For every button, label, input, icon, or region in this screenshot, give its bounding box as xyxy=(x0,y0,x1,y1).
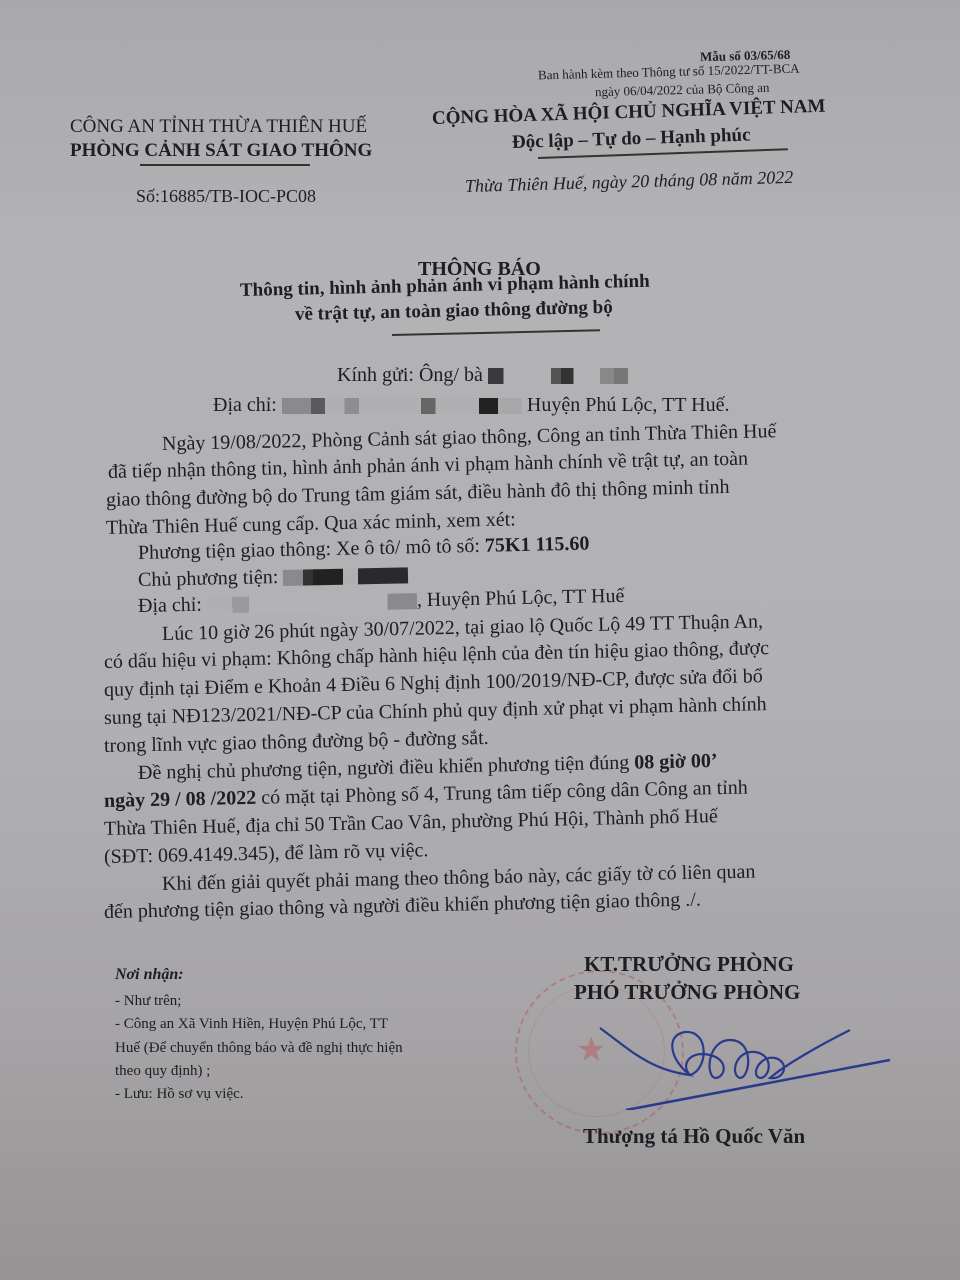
address-suffix: Huyện Phú Lộc, TT Huế. xyxy=(527,394,730,416)
owner-line: Chủ phương tiện: xyxy=(138,564,409,590)
redacted-name xyxy=(488,368,628,384)
recipient-item: Huế (Để chuyển thông báo và đề nghị thực… xyxy=(115,1040,403,1057)
body-line: Thừa Thiên Huế cung cấp. Qua xác minh, x… xyxy=(106,509,516,538)
violation-line: sung tại NĐ123/2021/NĐ-CP của Chính phủ … xyxy=(104,694,767,728)
addressee-address-line: Địa chỉ: Huyện Phú Lộc, TT Huế. xyxy=(213,394,729,417)
recipient-item: - Như trên; xyxy=(115,993,181,1010)
national-motto: Độc lập – Tự do – Hạnh phúc xyxy=(512,125,751,154)
request-text: Đề nghị chủ phương tiện, người điều khiể… xyxy=(138,752,635,784)
vehicle-line: Phương tiện giao thông: Xe ô tô/ mô tô s… xyxy=(138,534,590,563)
signature-title-2: PHÓ TRƯỞNG PHÒNG xyxy=(574,980,800,1005)
subtitle-underline xyxy=(392,329,600,335)
handwritten-signature xyxy=(590,1020,900,1110)
signer-name: Thượng tá Hồ Quốc Văn xyxy=(583,1124,805,1149)
redacted-owner-address xyxy=(207,594,417,614)
vehicle-label: Phương tiện giao thông: Xe ô tô/ mô tô s… xyxy=(138,535,485,564)
owner-address-label: Địa chỉ: xyxy=(138,594,202,617)
vehicle-plate: 75K1 115.60 xyxy=(485,533,590,557)
redacted-address xyxy=(282,398,522,414)
recipient-item: - Lưu: Hồ sơ vụ việc. xyxy=(115,1086,244,1103)
issuing-agency: CÔNG AN TỈNH THỪA THIÊN HUẾ xyxy=(70,116,367,138)
violation-line: trong lĩnh vực giao thông đường bộ - đườ… xyxy=(104,728,489,756)
addressee-line: Kính gửi: Ông/ bà xyxy=(337,364,628,387)
owner-address-line: Địa chỉ: , Huyện Phú Lộc, TT Huế xyxy=(138,586,625,616)
recipients-title: Nơi nhận: xyxy=(115,966,184,984)
address-label: Địa chỉ: xyxy=(213,394,277,416)
addressee-greeting: Kính gửi: Ông/ bà xyxy=(337,364,483,386)
place-date: Thừa Thiên Huế, ngày 20 tháng 08 năm 202… xyxy=(465,167,794,197)
request-line: Thừa Thiên Huế, địa chỉ 50 Trần Cao Vân,… xyxy=(104,806,718,839)
request-line: (SĐT: 069.4149.345), để làm rõ vụ việc. xyxy=(104,840,429,867)
request-text: có mặt tại Phòng số 4, Trung tâm tiếp cô… xyxy=(256,777,748,809)
issuing-department: PHÒNG CẢNH SÁT GIAO THÔNG xyxy=(70,140,372,162)
body-line: giao thông đường bộ do Trung tâm giám sá… xyxy=(106,477,730,510)
request-date: ngày 29 / 08 /2022 xyxy=(104,787,257,812)
closing-line: đến phương tiện giao thông và người điều… xyxy=(104,890,701,922)
recipient-item: theo quy định) ; xyxy=(115,1063,210,1080)
department-underline xyxy=(140,164,310,166)
recipient-item: - Công an Xã Vinh Hiền, Huyện Phú Lộc, T… xyxy=(115,1016,388,1033)
nation-header: CỘNG HÒA XÃ HỘI CHỦ NGHĨA VIỆT NAM xyxy=(432,96,826,130)
owner-label: Chủ phương tiện: xyxy=(138,566,279,591)
signature-title-1: KT.TRƯỞNG PHÒNG xyxy=(584,952,794,977)
owner-address-suffix: , Huyện Phú Lộc, TT Huế xyxy=(417,585,625,611)
redacted-owner xyxy=(283,568,408,587)
document-subtitle-line2: về trật tự, an toàn giao thông đường bộ xyxy=(295,297,613,326)
official-notice-document: Mẫu số 03/65/68 Ban hành kèm theo Thông … xyxy=(0,0,960,1280)
request-time: 08 giờ 00’ xyxy=(634,750,718,774)
document-number: Số:16885/TB-IOC-PC08 xyxy=(136,186,316,207)
